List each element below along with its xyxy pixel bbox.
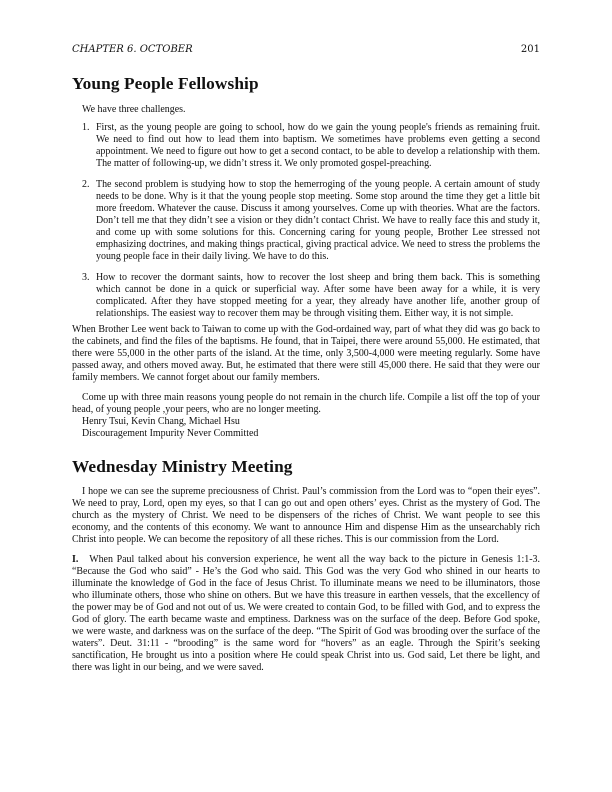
assignment-paragraph: Come up with three main reasons young pe… [72, 392, 540, 416]
running-header: CHAPTER 6. OCTOBER 201 [72, 44, 540, 56]
section-title-wednesday: Wednesday Ministry Meeting [72, 457, 540, 477]
challenge-item: 2. The second problem is studying how to… [72, 179, 540, 263]
challenge-text: First, as the young people are going to … [96, 122, 540, 169]
reasons-line: Discouragement Impurity Never Committed [72, 428, 540, 440]
page-number: 201 [521, 44, 540, 56]
list-number: 1. [82, 122, 89, 134]
challenge-text: How to recover the dormant saints, how t… [96, 272, 540, 319]
challenge-item: 3. How to recover the dormant saints, ho… [72, 272, 540, 320]
point-label: I. [72, 554, 78, 565]
ministry-intro-paragraph: I hope we can see the supreme preciousne… [72, 486, 540, 546]
names-line: Henry Tsui, Kevin Chang, Michael Hsu [72, 416, 540, 428]
challenge-item: 1. First, as the young people are going … [72, 122, 540, 170]
challenges-list: 1. First, as the young people are going … [72, 122, 540, 320]
challenge-text: The second problem is studying how to st… [96, 179, 540, 262]
intro-paragraph: We have three challenges. [72, 104, 540, 116]
taiwan-paragraph: When Brother Lee went back to Taiwan to … [72, 324, 540, 384]
section-title-young-people: Young People Fellowship [72, 74, 540, 94]
document-page: CHAPTER 6. OCTOBER 201 Young People Fell… [72, 44, 540, 674]
list-number: 3. [82, 272, 89, 284]
point-text: When Paul talked about his conversion ex… [72, 554, 540, 673]
chapter-title: CHAPTER 6. OCTOBER [72, 44, 193, 56]
list-number: 2. [82, 179, 89, 191]
point-paragraph: I. When Paul talked about his conversion… [72, 554, 540, 674]
